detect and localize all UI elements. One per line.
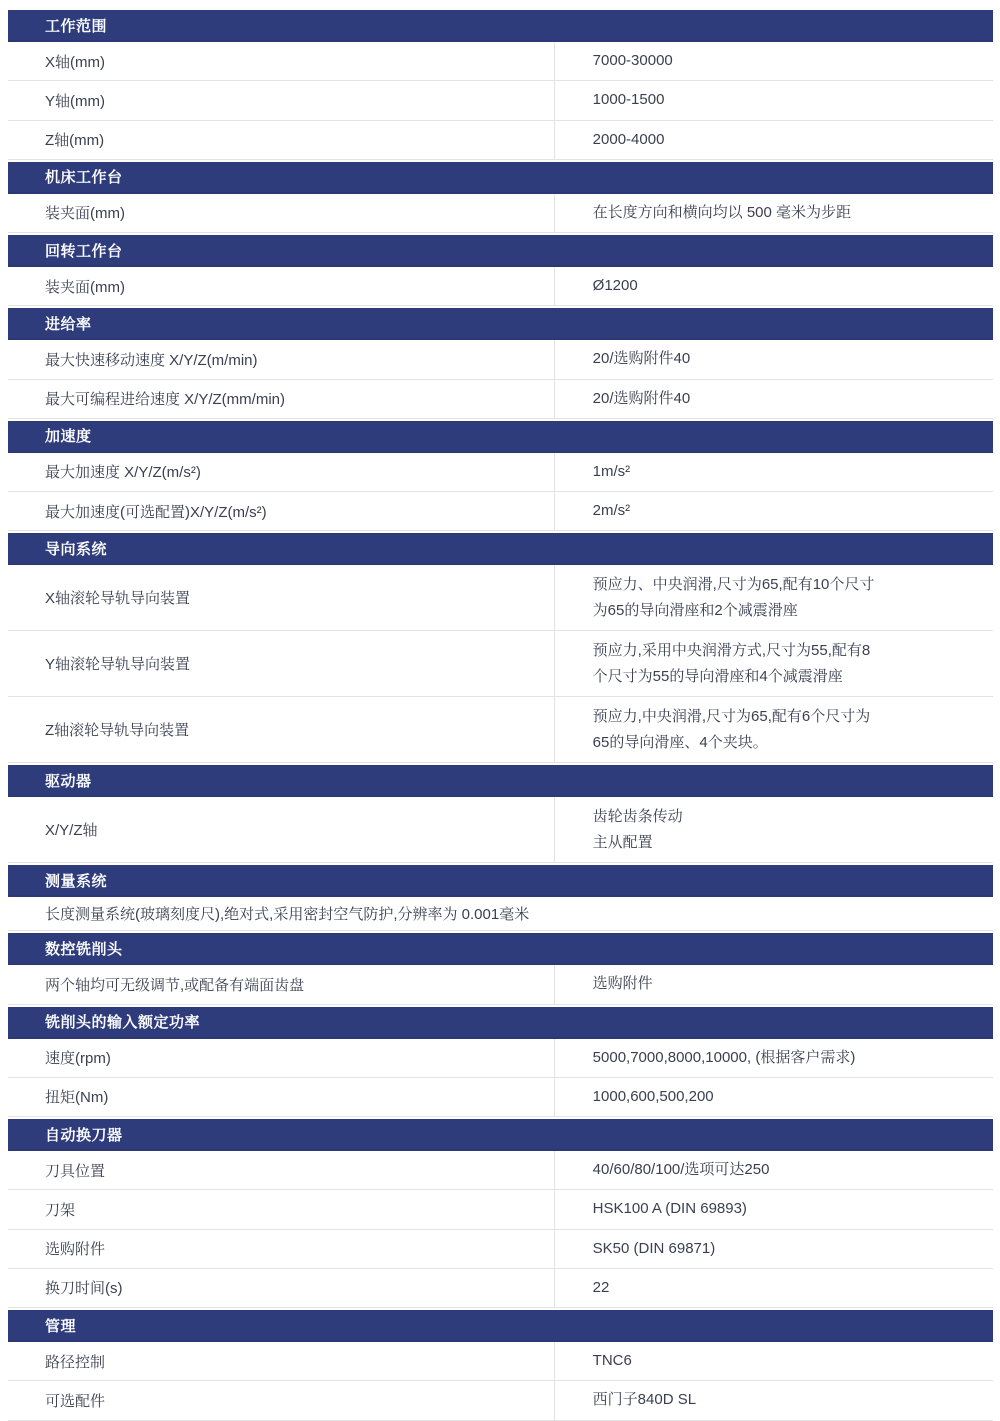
spec-value: Ø1200 xyxy=(555,267,993,305)
spec-row: X/Y/Z轴 齿轮齿条传动 主从配置 xyxy=(8,797,993,863)
spec-value: TNC6 xyxy=(555,1342,993,1380)
spec-row: 最大加速度(可选配置)X/Y/Z(m/s²) 2m/s² xyxy=(8,492,993,531)
section-title: 工作范围 xyxy=(45,15,107,36)
section-title: 铣削头的输入额定功率 xyxy=(45,1011,200,1032)
spec-row-full: 长度测量系统(玻璃刻度尺),绝对式,采用密封空气防护,分辨率为 0.001毫米 xyxy=(8,897,993,931)
spec-row: 刀具位置 40/60/80/100/选项可达250 xyxy=(8,1151,993,1190)
spec-value: 2m/s² xyxy=(555,492,993,530)
spec-row: 可选配件 西门子840D SL xyxy=(8,1381,993,1420)
spec-value: 齿轮齿条传动 主从配置 xyxy=(555,797,993,862)
spec-value: HSK100 A (DIN 69893) xyxy=(555,1190,993,1228)
spec-value: SK50 (DIN 69871) xyxy=(555,1230,993,1268)
spec-label: 选购附件 xyxy=(8,1230,555,1268)
spec-row: 扭矩(Nm) 1000,600,500,200 xyxy=(8,1078,993,1117)
spec-row: 最大快速移动速度 X/Y/Z(m/min) 20/选购附件40 xyxy=(8,340,993,379)
section-header-guide-system: 导向系统 xyxy=(8,533,993,565)
spec-label: X轴(mm) xyxy=(8,42,555,80)
spec-row: X轴滚轮导轨导向装置 预应力、中央润滑,尺寸为65,配有10个尺寸 为65的导向… xyxy=(8,565,993,631)
spec-label: 最大可编程进给速度 X/Y/Z(mm/min) xyxy=(8,380,555,418)
spec-value: 1m/s² xyxy=(555,453,993,491)
spec-row: 路径控制 TNC6 xyxy=(8,1342,993,1381)
spec-row: 最大可编程进给速度 X/Y/Z(mm/min) 20/选购附件40 xyxy=(8,380,993,419)
specification-table: 工作范围 X轴(mm) 7000-30000 Y轴(mm) 1000-1500 … xyxy=(8,10,993,1421)
spec-row: 装夹面(mm) Ø1200 xyxy=(8,267,993,306)
spec-label: 最大加速度(可选配置)X/Y/Z(m/s²) xyxy=(8,492,555,530)
spec-label: 速度(rpm) xyxy=(8,1039,555,1077)
spec-label: Y轴滚轮导轨导向装置 xyxy=(8,631,555,696)
section-header-feed-rate: 进给率 xyxy=(8,308,993,340)
spec-value: 22 xyxy=(555,1269,993,1307)
section-title: 管理 xyxy=(45,1315,76,1336)
spec-value: 40/60/80/100/选项可达250 xyxy=(555,1151,993,1189)
section-title: 驱动器 xyxy=(45,770,92,791)
spec-value: 2000-4000 xyxy=(555,121,993,159)
section-title: 测量系统 xyxy=(45,870,107,891)
section-header-milling-head-rated-power: 铣削头的输入额定功率 xyxy=(8,1007,993,1039)
section-header-measuring-system: 测量系统 xyxy=(8,865,993,897)
spec-row: Y轴滚轮导轨导向装置 预应力,采用中央润滑方式,尺寸为55,配有8 个尺寸为55… xyxy=(8,631,993,697)
spec-value: 预应力,采用中央润滑方式,尺寸为55,配有8 个尺寸为55的导向滑座和4个减震滑… xyxy=(555,631,993,696)
spec-label: 装夹面(mm) xyxy=(8,194,555,232)
spec-label: 换刀时间(s) xyxy=(8,1269,555,1307)
section-title: 加速度 xyxy=(45,425,92,446)
spec-value: 选购附件 xyxy=(555,965,993,1003)
section-title: 机床工作台 xyxy=(45,166,123,187)
spec-value: 1000-1500 xyxy=(555,81,993,119)
spec-row: 刀架 HSK100 A (DIN 69893) xyxy=(8,1190,993,1229)
spec-label: 可选配件 xyxy=(8,1381,555,1419)
section-header-rotary-table: 回转工作台 xyxy=(8,235,993,267)
spec-label: X轴滚轮导轨导向装置 xyxy=(8,565,555,630)
spec-value: 20/选购附件40 xyxy=(555,340,993,378)
spec-label: 装夹面(mm) xyxy=(8,267,555,305)
spec-label: 路径控制 xyxy=(8,1342,555,1380)
section-header-cnc-milling-head: 数控铣削头 xyxy=(8,933,993,965)
section-header-machine-table: 机床工作台 xyxy=(8,162,993,194)
section-title: 回转工作台 xyxy=(45,240,123,261)
spec-value: 1000,600,500,200 xyxy=(555,1078,993,1116)
spec-row: 两个轴均可无级调节,或配备有端面齿盘 选购附件 xyxy=(8,965,993,1004)
spec-value: 20/选购附件40 xyxy=(555,380,993,418)
section-title: 自动换刀器 xyxy=(45,1124,123,1145)
spec-row: 最大加速度 X/Y/Z(m/s²) 1m/s² xyxy=(8,453,993,492)
spec-row: 速度(rpm) 5000,7000,8000,10000, (根据客户需求) xyxy=(8,1039,993,1078)
spec-label: Y轴(mm) xyxy=(8,81,555,119)
section-title: 数控铣削头 xyxy=(45,938,123,959)
section-title: 进给率 xyxy=(45,313,92,334)
spec-label: 扭矩(Nm) xyxy=(8,1078,555,1116)
spec-row: Z轴滚轮导轨导向装置 预应力,中央润滑,尺寸为65,配有6个尺寸为 65的导向滑… xyxy=(8,697,993,763)
spec-value: 预应力,中央润滑,尺寸为65,配有6个尺寸为 65的导向滑座、4个夹块。 xyxy=(555,697,993,762)
section-header-work-range: 工作范围 xyxy=(8,10,993,42)
spec-label: X/Y/Z轴 xyxy=(8,797,555,862)
spec-label: 最大加速度 X/Y/Z(m/s²) xyxy=(8,453,555,491)
spec-row: 选购附件 SK50 (DIN 69871) xyxy=(8,1230,993,1269)
spec-label: Z轴(mm) xyxy=(8,121,555,159)
spec-row: Z轴(mm) 2000-4000 xyxy=(8,121,993,160)
spec-value: 5000,7000,8000,10000, (根据客户需求) xyxy=(555,1039,993,1077)
section-header-control: 管理 xyxy=(8,1310,993,1342)
spec-label: 两个轴均可无级调节,或配备有端面齿盘 xyxy=(8,965,555,1003)
section-header-auto-tool-changer: 自动换刀器 xyxy=(8,1119,993,1151)
spec-value: 预应力、中央润滑,尺寸为65,配有10个尺寸 为65的导向滑座和2个减震滑座 xyxy=(555,565,993,630)
spec-row: 换刀时间(s) 22 xyxy=(8,1269,993,1308)
spec-value: 7000-30000 xyxy=(555,42,993,80)
spec-value: 在长度方向和横向均以 500 毫米为步距 xyxy=(555,194,993,232)
section-header-acceleration: 加速度 xyxy=(8,421,993,453)
spec-row: 装夹面(mm) 在长度方向和横向均以 500 毫米为步距 xyxy=(8,194,993,233)
section-title: 导向系统 xyxy=(45,538,107,559)
spec-label: 刀架 xyxy=(8,1190,555,1228)
spec-label: 最大快速移动速度 X/Y/Z(m/min) xyxy=(8,340,555,378)
spec-value: 西门子840D SL xyxy=(555,1381,993,1419)
spec-label: 刀具位置 xyxy=(8,1151,555,1189)
section-header-drives: 驱动器 xyxy=(8,765,993,797)
spec-row: Y轴(mm) 1000-1500 xyxy=(8,81,993,120)
spec-row: X轴(mm) 7000-30000 xyxy=(8,42,993,81)
spec-label: Z轴滚轮导轨导向装置 xyxy=(8,697,555,762)
